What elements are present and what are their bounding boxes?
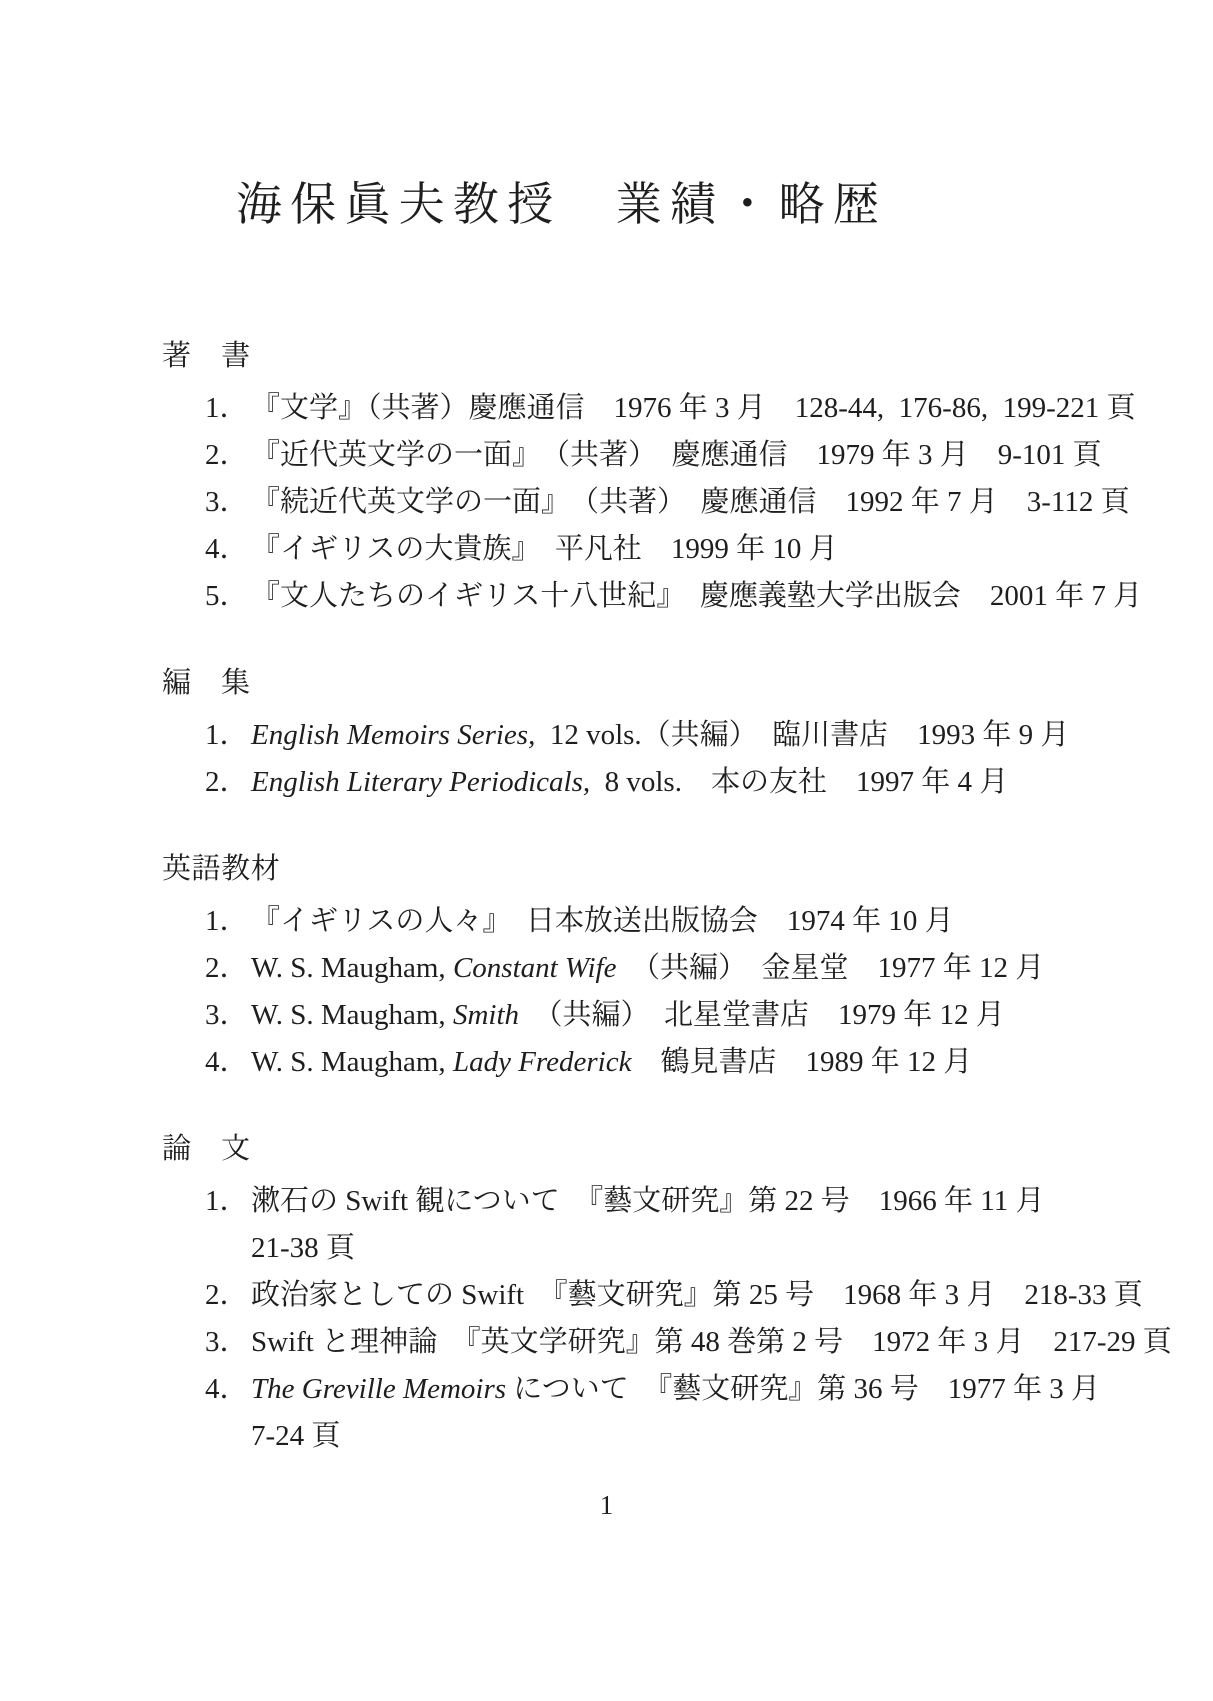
text-segment: 12 vols.（共編） 臨川書店 1993 年 9 月 [535, 719, 1069, 751]
italic-text: Constant Wife [453, 952, 617, 984]
item-number: 4． [205, 1366, 251, 1460]
item-body: 『続近代英文学の一面』 （共著） 慶應通信 1992 年 7 月 3-112 頁 [251, 479, 1213, 526]
item-body: 『イギリスの人々』 日本放送出版協会 1974 年 10 月 [251, 898, 1213, 945]
item-line: 『文学』（共著）慶應通信 1976 年 3 月 128-44, 176-86, … [251, 385, 1213, 432]
section-papers: 論 文 1． 漱石の Swift 観について 『藝文研究』第 22 号 1966… [0, 1126, 1213, 1460]
section-heading-editing: 編 集 [0, 660, 1213, 707]
list-item: 1． 『文学』（共著）慶應通信 1976 年 3 月 128-44, 176-8… [0, 385, 1213, 432]
text-segment: 『イギリスの人々』 日本放送出版協会 1974 年 10 月 [251, 905, 954, 937]
item-number: 1． [205, 385, 251, 432]
item-line: 『イギリスの人々』 日本放送出版協会 1974 年 10 月 [251, 898, 1213, 945]
section-editing: 編 集 1． English Memoirs Series, 12 vols.（… [0, 660, 1213, 806]
text-segment: W. S. Maugham, [251, 1046, 453, 1078]
item-line: Swift と理神論 『英文学研究』第 48 巻第 2 号 1972 年 3 月… [251, 1319, 1213, 1366]
list-item: 4． The Greville Memoirs について 『藝文研究』第 36 … [0, 1366, 1213, 1460]
item-line: 『イギリスの大貴族』 平凡社 1999 年 10 月 [251, 526, 1213, 573]
text-segment: 7-24 頁 [251, 1420, 340, 1452]
list-item: 2． W. S. Maugham, Constant Wife （共編） 金星堂… [0, 945, 1213, 992]
list-item: 2． 政治家としての Swift 『藝文研究』第 25 号 1968 年 3 月… [0, 1272, 1213, 1319]
list-item: 3． W. S. Maugham, Smith （共編） 北星堂書店 1979 … [0, 992, 1213, 1039]
italic-text: Smith [453, 999, 519, 1031]
text-segment: （共編） 北星堂書店 1979 年 12 月 [519, 999, 1005, 1031]
list-item: 2． 『近代英文学の一面』 （共著） 慶應通信 1979 年 3 月 9-101… [0, 432, 1213, 479]
list-item: 1． 漱石の Swift 観について 『藝文研究』第 22 号 1966 年 1… [0, 1178, 1213, 1272]
item-line: W. S. Maugham, Lady Frederick 鶴見書店 1989 … [251, 1039, 1213, 1086]
text-segment: について 『藝文研究』第 36 号 1977 年 3 月 [506, 1373, 1100, 1405]
item-body: W. S. Maugham, Smith （共編） 北星堂書店 1979 年 1… [251, 992, 1213, 1039]
italic-text: The Greville Memoirs [251, 1373, 506, 1405]
item-line: 『続近代英文学の一面』 （共著） 慶應通信 1992 年 7 月 3-112 頁 [251, 479, 1213, 526]
item-line: W. S. Maugham, Constant Wife （共編） 金星堂 19… [251, 945, 1213, 992]
item-number: 3． [205, 1319, 251, 1366]
item-number: 5． [205, 573, 251, 620]
text-segment: 『続近代英文学の一面』 （共著） 慶應通信 1992 年 7 月 3-112 頁 [251, 486, 1130, 518]
item-number: 1． [205, 712, 251, 759]
item-number: 1． [205, 1178, 251, 1272]
item-line: English Memoirs Series, 12 vols.（共編） 臨川書… [251, 712, 1213, 759]
italic-text: English Literary Periodicals, [251, 766, 590, 798]
italic-text: Lady Frederick [453, 1046, 632, 1078]
item-number: 3． [205, 992, 251, 1039]
item-body: Swift と理神論 『英文学研究』第 48 巻第 2 号 1972 年 3 月… [251, 1319, 1213, 1366]
item-line: English Literary Periodicals, 8 vols. 本の… [251, 759, 1213, 806]
item-line: The Greville Memoirs について 『藝文研究』第 36 号 1… [251, 1366, 1213, 1413]
item-body: 漱石の Swift 観について 『藝文研究』第 22 号 1966 年 11 月… [251, 1178, 1213, 1272]
text-segment: 21-38 頁 [251, 1232, 355, 1264]
item-line-continuation: 7-24 頁 [251, 1413, 1213, 1460]
section-teaching-materials: 英語教材 1． 『イギリスの人々』 日本放送出版協会 1974 年 10 月 2… [0, 846, 1213, 1086]
list-item: 3． 『続近代英文学の一面』 （共著） 慶應通信 1992 年 7 月 3-11… [0, 479, 1213, 526]
item-body: 『文人たちのイギリス十八世紀』 慶應義塾大学出版会 2001 年 7 月 [251, 573, 1213, 620]
text-segment: （共編） 金星堂 1977 年 12 月 [616, 952, 1044, 984]
text-segment: W. S. Maugham, [251, 952, 453, 984]
item-line: 漱石の Swift 観について 『藝文研究』第 22 号 1966 年 11 月 [251, 1178, 1213, 1225]
text-segment: 『文人たちのイギリス十八世紀』 慶應義塾大学出版会 2001 年 7 月 [251, 580, 1142, 612]
item-body: 政治家としての Swift 『藝文研究』第 25 号 1968 年 3 月 21… [251, 1272, 1213, 1319]
text-segment: 政治家としての Swift 『藝文研究』第 25 号 1968 年 3 月 21… [251, 1279, 1143, 1311]
page-title: 海保眞夫教授 業績・略歴 [0, 0, 1168, 236]
item-body: The Greville Memoirs について 『藝文研究』第 36 号 1… [251, 1366, 1213, 1460]
item-number: 2． [205, 1272, 251, 1319]
list-item: 3． Swift と理神論 『英文学研究』第 48 巻第 2 号 1972 年 … [0, 1319, 1213, 1366]
page-number: 1 [0, 1482, 1213, 1529]
text-segment: 『文学』（共著）慶應通信 1976 年 3 月 128-44, 176-86, … [251, 392, 1135, 424]
item-number: 2． [205, 759, 251, 806]
text-segment: 『イギリスの大貴族』 平凡社 1999 年 10 月 [251, 533, 838, 565]
list-item: 4． 『イギリスの大貴族』 平凡社 1999 年 10 月 [0, 526, 1213, 573]
list-item: 5． 『文人たちのイギリス十八世紀』 慶應義塾大学出版会 2001 年 7 月 [0, 573, 1213, 620]
item-body: 『イギリスの大貴族』 平凡社 1999 年 10 月 [251, 526, 1213, 573]
item-body: 『文学』（共著）慶應通信 1976 年 3 月 128-44, 176-86, … [251, 385, 1213, 432]
item-body: W. S. Maugham, Lady Frederick 鶴見書店 1989 … [251, 1039, 1213, 1086]
text-segment: Swift と理神論 『英文学研究』第 48 巻第 2 号 1972 年 3 月… [251, 1326, 1172, 1358]
section-heading-papers: 論 文 [0, 1126, 1213, 1173]
item-body: 『近代英文学の一面』 （共著） 慶應通信 1979 年 3 月 9-101 頁 [251, 432, 1213, 479]
item-line: 『近代英文学の一面』 （共著） 慶應通信 1979 年 3 月 9-101 頁 [251, 432, 1213, 479]
item-number: 1． [205, 898, 251, 945]
text-segment: 漱石の Swift 観について 『藝文研究』第 22 号 1966 年 11 月 [251, 1185, 1044, 1217]
text-segment: 『近代英文学の一面』 （共著） 慶應通信 1979 年 3 月 9-101 頁 [251, 439, 1102, 471]
text-segment: 8 vols. 本の友社 1997 年 4 月 [590, 766, 1008, 798]
text-segment: W. S. Maugham, [251, 999, 453, 1031]
item-number: 2． [205, 945, 251, 992]
list-item: 4． W. S. Maugham, Lady Frederick 鶴見書店 19… [0, 1039, 1213, 1086]
section-heading-books: 著 書 [0, 333, 1213, 380]
item-line: 政治家としての Swift 『藝文研究』第 25 号 1968 年 3 月 21… [251, 1272, 1213, 1319]
item-number: 4． [205, 526, 251, 573]
section-books: 著 書 1． 『文学』（共著）慶應通信 1976 年 3 月 128-44, 1… [0, 333, 1213, 620]
item-line: W. S. Maugham, Smith （共編） 北星堂書店 1979 年 1… [251, 992, 1213, 1039]
list-item: 2． English Literary Periodicals, 8 vols.… [0, 759, 1213, 806]
item-number: 2． [205, 432, 251, 479]
list-item: 1． 『イギリスの人々』 日本放送出版協会 1974 年 10 月 [0, 898, 1213, 945]
document-page: 海保眞夫教授 業績・略歴 著 書 1． 『文学』（共著）慶應通信 1976 年 … [0, 0, 1213, 1701]
item-number: 3． [205, 479, 251, 526]
section-heading-teaching-materials: 英語教材 [0, 846, 1213, 893]
item-number: 4． [205, 1039, 251, 1086]
item-body: W. S. Maugham, Constant Wife （共編） 金星堂 19… [251, 945, 1213, 992]
italic-text: English Memoirs Series, [251, 719, 535, 751]
item-line: 『文人たちのイギリス十八世紀』 慶應義塾大学出版会 2001 年 7 月 [251, 573, 1213, 620]
item-body: English Memoirs Series, 12 vols.（共編） 臨川書… [251, 712, 1213, 759]
item-body: English Literary Periodicals, 8 vols. 本の… [251, 759, 1213, 806]
item-line-continuation: 21-38 頁 [251, 1225, 1213, 1272]
list-item: 1． English Memoirs Series, 12 vols.（共編） … [0, 712, 1213, 759]
text-segment: 鶴見書店 1989 年 12 月 [631, 1046, 972, 1078]
